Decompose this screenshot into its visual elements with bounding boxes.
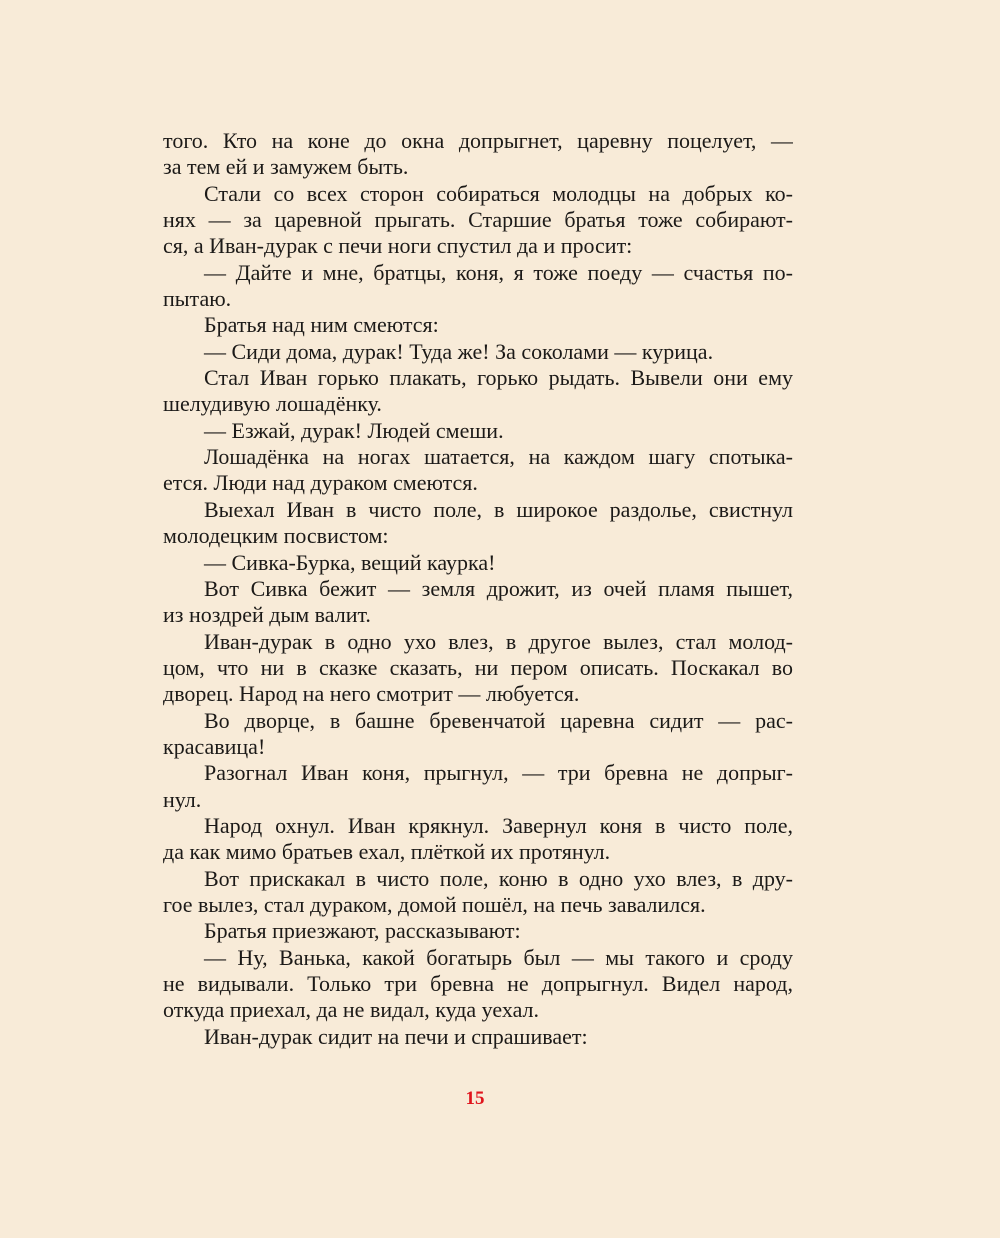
text-line: шелудивую лошадёнку. (163, 391, 793, 417)
text-line: Иван-дурак сидит на печи и спрашивает: (163, 1024, 793, 1050)
text-line: — Сивка-Бурка, вещий каурка! (163, 550, 793, 576)
text-line: гое вылез, стал дураком, домой пошёл, на… (163, 892, 793, 918)
text-line: — Ну, Ванька, какой богатырь был — мы та… (163, 945, 793, 971)
story-text: того. Кто на коне до окна допрыгнет, цар… (163, 128, 793, 1050)
text-line: Братья над ним смеются: (163, 312, 793, 338)
text-line: цом, что ни в сказке сказать, ни пером о… (163, 655, 793, 681)
text-line: за тем ей и замужем быть. (163, 154, 793, 180)
page-number: 15 (0, 1088, 950, 1110)
text-line: из ноздрей дым валит. (163, 602, 793, 628)
text-line: — Езжай, дурак! Людей смеши. (163, 418, 793, 444)
text-line: ся, а Иван-дурак с печи ноги спустил да … (163, 233, 793, 259)
text-line: Разогнал Иван коня, прыгнул, — три бревн… (163, 760, 793, 786)
text-line: молодецким посвистом: (163, 523, 793, 549)
text-line: Стали со всех сторон собираться молодцы … (163, 181, 793, 207)
text-line: Вот прискакал в чисто поле, коню в одно … (163, 866, 793, 892)
text-line: да как мимо братьев ехал, плёткой их про… (163, 839, 793, 865)
text-line: — Сиди дома, дурак! Туда же! За соколами… (163, 339, 793, 365)
text-line: откуда приехал, да не видал, куда уехал. (163, 997, 793, 1023)
text-line: Вот Сивка бежит — земля дрожит, из очей … (163, 576, 793, 602)
text-line: нул. (163, 787, 793, 813)
text-line: Во дворце, в башне бревенчатой царевна с… (163, 708, 793, 734)
text-line: дворец. Народ на него смотрит — любуется… (163, 681, 793, 707)
text-line: Лошадёнка на ногах шатается, на каждом ш… (163, 444, 793, 470)
text-line: нях — за царевной прыгать. Старшие брать… (163, 207, 793, 233)
text-line: не видывали. Только три бревна не допрыг… (163, 971, 793, 997)
text-line: Стал Иван горько плакать, горько рыдать.… (163, 365, 793, 391)
text-line: Братья приезжают, рассказывают: (163, 918, 793, 944)
text-line: Иван-дурак в одно ухо влез, в другое выл… (163, 629, 793, 655)
text-line: пытаю. (163, 286, 793, 312)
text-line: того. Кто на коне до окна допрыгнет, цар… (163, 128, 793, 154)
text-line: ется. Люди над дураком смеются. (163, 470, 793, 496)
text-line: Выехал Иван в чисто поле, в широкое разд… (163, 497, 793, 523)
text-line: Народ охнул. Иван крякнул. Завернул коня… (163, 813, 793, 839)
text-line: — Дайте и мне, братцы, коня, я тоже поед… (163, 260, 793, 286)
text-line: красавица! (163, 734, 793, 760)
